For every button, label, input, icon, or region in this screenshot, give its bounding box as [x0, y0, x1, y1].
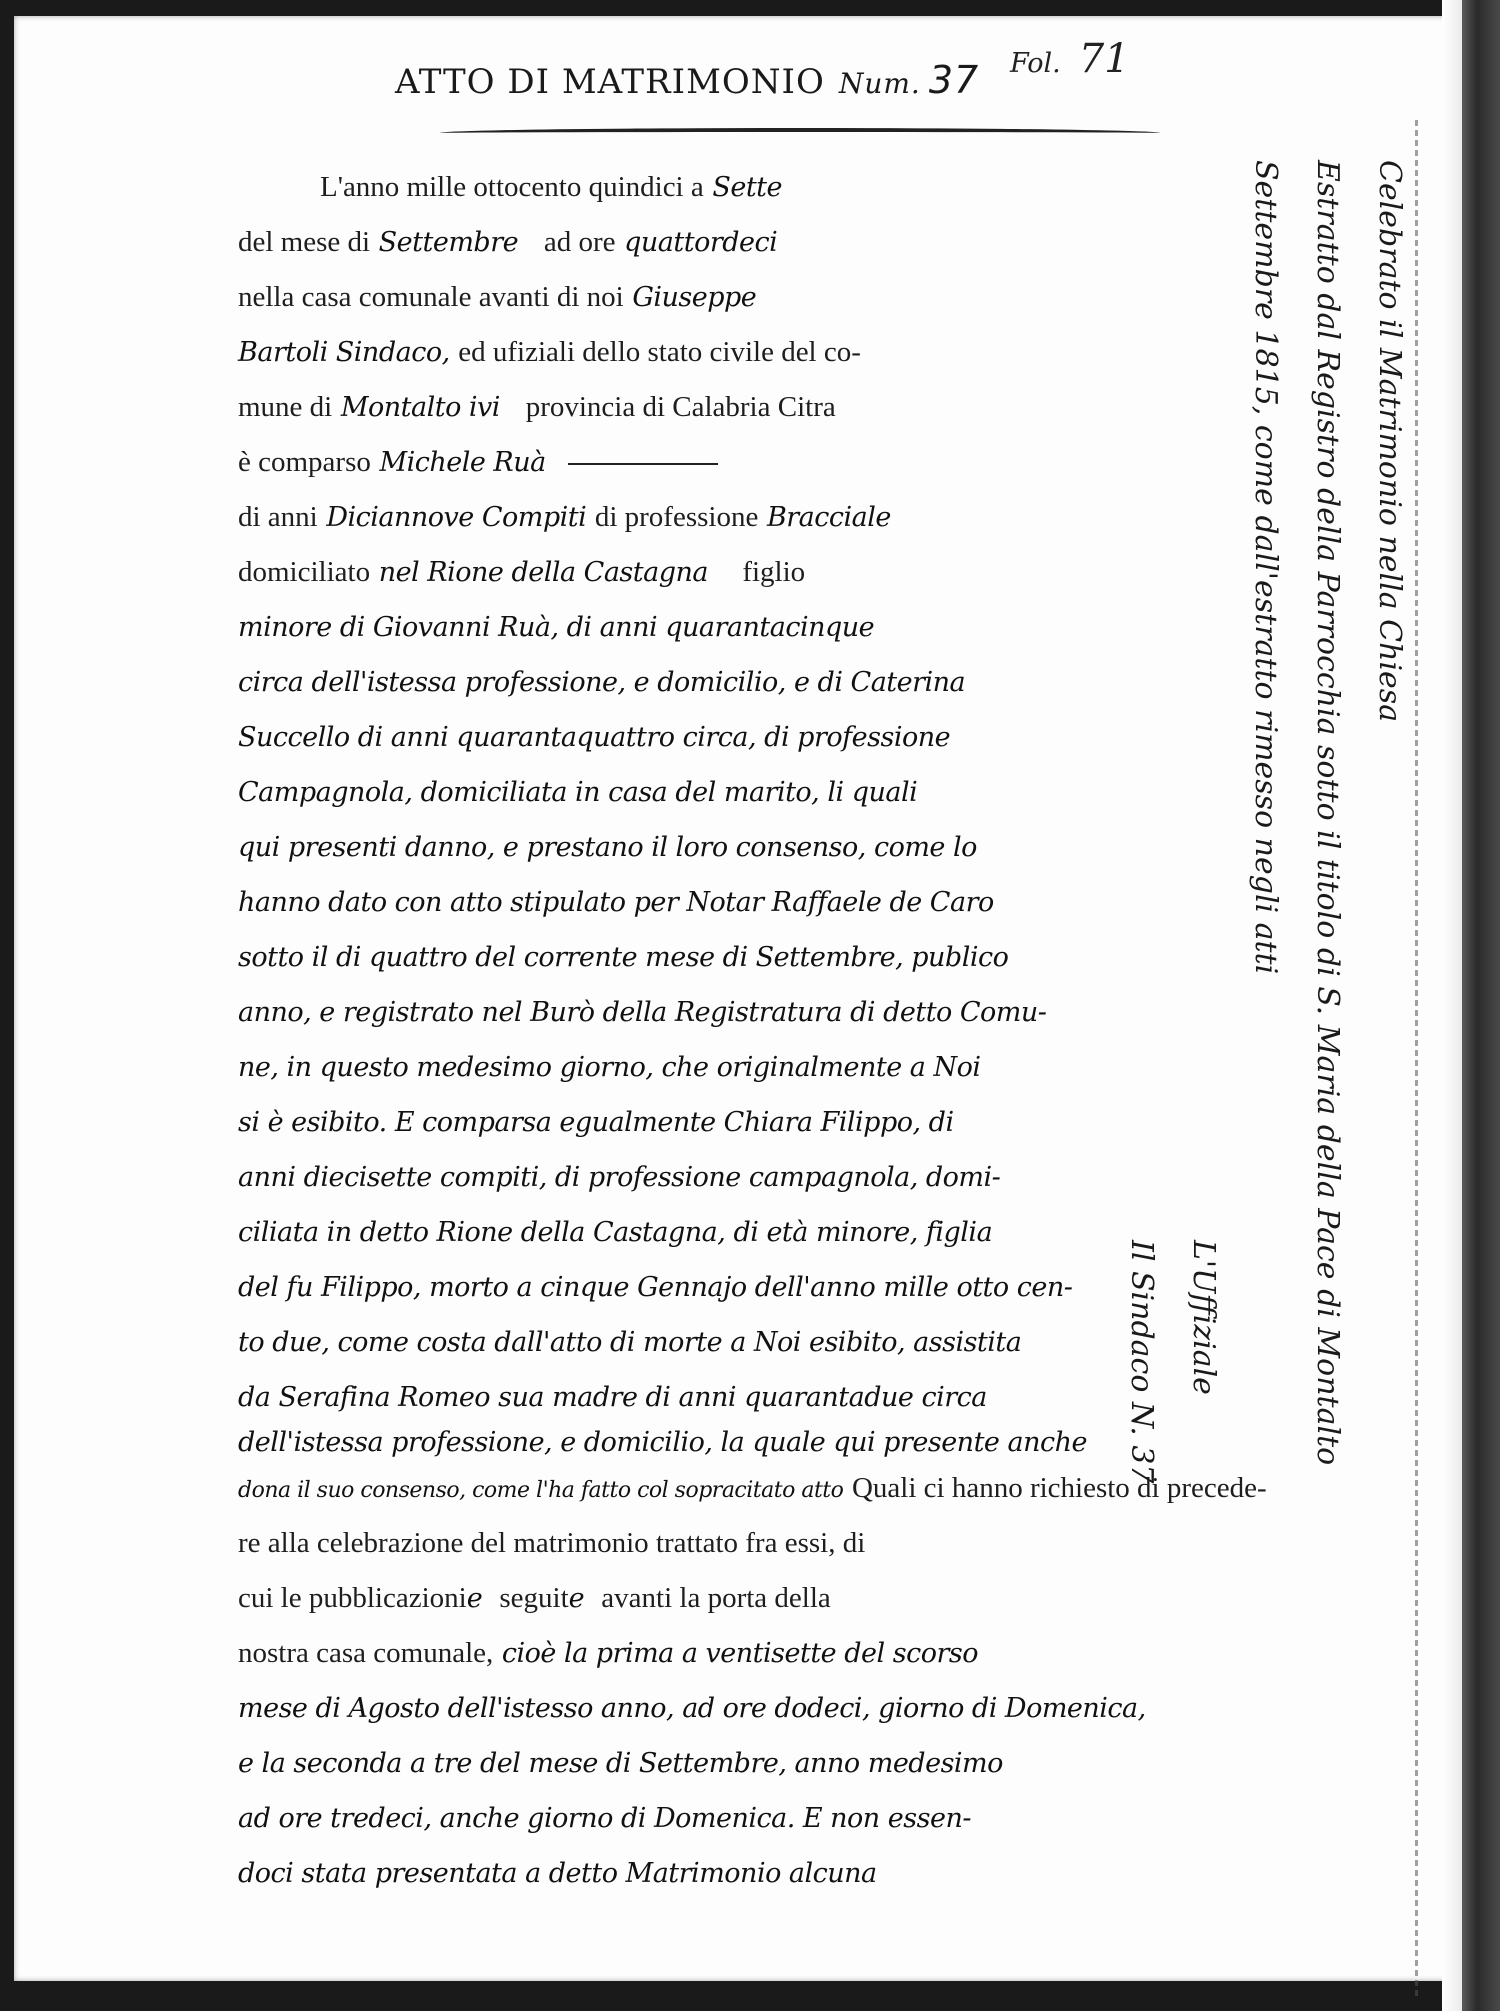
folio-marker: Fol.71: [1010, 36, 1130, 82]
body-line: Campagnola, domiciliata in casa del mari…: [238, 765, 1158, 820]
margin-annotation: Celebrato il Matrimonio nella Chiesa Est…: [1160, 160, 1420, 1900]
body-line: mune di Montalto ivi provincia di Calabr…: [238, 380, 1158, 435]
body-line: Bartoli Sindaco, ed ufiziali dello stato…: [238, 325, 1158, 380]
handwritten-text: da Serafina Romeo sua madre di anni quar…: [238, 1382, 987, 1413]
handwritten-text: doci stata presentata a detto Matrimonio…: [238, 1858, 877, 1889]
printed-text: figlio: [742, 556, 805, 588]
body-line: sotto il di quattro del corrente mese di…: [238, 930, 1158, 985]
record-body: L'anno mille ottocento quindici a Sette …: [238, 160, 1158, 1901]
handwritten-text: mese di Agosto dell'istesso anno, ad ore…: [238, 1693, 1146, 1724]
body-line: anno, e registrato nel Burò della Regist…: [238, 985, 1158, 1040]
handwritten-officer-title: Bartoli Sindaco,: [238, 337, 450, 368]
blank-fill-line: [568, 463, 718, 465]
margin-note-line: Celebrato il Matrimonio nella Chiesa: [1358, 160, 1420, 1900]
handwritten-text: e la seconda a tre del mese di Settembre…: [238, 1748, 1003, 1779]
body-line: cui le pubblicazionie seguite avanti la …: [238, 1571, 1158, 1626]
body-line: nostra casa comunale, cioè la prima a ve…: [238, 1626, 1158, 1681]
body-line: del fu Filippo, morto a cinque Gennajo d…: [238, 1260, 1158, 1315]
body-line: re alla celebrazione del matrimonio trat…: [238, 1516, 1158, 1571]
handwritten-officer-name: Giuseppe: [632, 282, 756, 313]
body-line: è comparso Michele Ruà: [238, 435, 1158, 490]
title-divider: [440, 128, 1160, 138]
printed-text: nostra casa comunale,: [238, 1637, 493, 1669]
folio-number: 71: [1079, 36, 1130, 82]
handwritten-text: ne, in questo medesimo giorno, che origi…: [238, 1052, 981, 1083]
body-line: ad ore tredeci, anche giorno di Domenica…: [238, 1791, 1158, 1846]
body-line: ne, in questo medesimo giorno, che origi…: [238, 1040, 1158, 1095]
handwritten-suffix: e: [467, 1583, 482, 1614]
handwritten-text: Campagnola, domiciliata in casa del mari…: [238, 777, 917, 808]
handwritten-text: circa dell'istessa professione, e domici…: [238, 667, 965, 698]
body-line: minore di Giovanni Ruà, di anni quaranta…: [238, 600, 1158, 655]
number-label: Num.: [839, 67, 921, 100]
body-line: doci stata presentata a detto Matrimonio…: [238, 1846, 1158, 1901]
printed-text: cui le pubblicazioni: [238, 1582, 467, 1614]
printed-text: seguit: [499, 1582, 568, 1614]
body-line: L'anno mille ottocento quindici a Sette: [238, 160, 1158, 215]
handwritten-text: si è esibito. E comparsa egualmente Chia…: [238, 1107, 954, 1138]
handwritten-groom-profession: Bracciale: [767, 502, 891, 533]
scan-border-right: [1462, 0, 1500, 2011]
body-line: hanno dato con atto stipulato per Notar …: [238, 875, 1158, 930]
body-line: dona il suo consenso, come l'ha fatto co…: [238, 1461, 1158, 1516]
handwritten-text: sotto il di quattro del corrente mese di…: [238, 942, 1008, 973]
printed-text: del mese di: [238, 226, 370, 258]
margin-note-signature: Il Sindaco N. 37: [1110, 160, 1172, 1900]
handwritten-text: del fu Filippo, morto a cinque Gennajo d…: [238, 1272, 1072, 1303]
printed-text: di professione: [595, 501, 759, 533]
printed-text: è comparso: [238, 446, 371, 478]
folio-label: Fol.: [1010, 48, 1061, 79]
handwritten-text: dell'istessa professione, e domicilio, l…: [238, 1427, 1087, 1458]
handwritten-text: Succello di anni quarantaquattro circa, …: [238, 722, 950, 753]
document-title: ATTO DI MATRIMONIONum.37: [395, 58, 979, 102]
handwritten-text: minore di Giovanni Ruà, di anni quaranta…: [238, 612, 874, 643]
body-line: e la seconda a tre del mese di Settembre…: [238, 1736, 1158, 1791]
body-line: domiciliato nel Rione della Castagna fig…: [238, 545, 1158, 600]
body-line: circa dell'istessa professione, e domici…: [238, 655, 1158, 710]
printed-text: ed ufiziali dello stato civile del co-: [458, 336, 861, 368]
margin-note-line: Settembre 1815, come dall'estratto rimes…: [1234, 160, 1296, 1900]
body-line: del mese di Settembre ad ore quattordeci: [238, 215, 1158, 270]
printed-text: L'anno mille ottocento quindici a: [320, 171, 704, 203]
handwritten-text: dona il suo consenso, come l'ha fatto co…: [238, 1478, 843, 1503]
body-line: qui presenti danno, e prestano il loro c…: [238, 820, 1158, 875]
body-line: anni diecisette compiti, di professione …: [238, 1150, 1158, 1205]
body-line: ciliata in detto Rione della Castagna, d…: [238, 1205, 1158, 1260]
record-number: 37: [929, 58, 979, 102]
body-line: si è esibito. E comparsa egualmente Chia…: [238, 1095, 1158, 1150]
handwritten-text: anno, e registrato nel Burò della Regist…: [238, 997, 1046, 1028]
handwritten-text: cioè la prima a ventisette del scorso: [502, 1638, 978, 1669]
printed-text: di anni: [238, 501, 318, 533]
body-line: Succello di anni quarantaquattro circa, …: [238, 710, 1158, 765]
printed-text: nella casa comunale avanti di noi: [238, 281, 624, 313]
printed-text: re alla celebrazione del matrimonio trat…: [238, 1527, 865, 1559]
handwritten-text: hanno dato con atto stipulato per Notar …: [238, 887, 994, 918]
printed-text: mune di: [238, 391, 332, 423]
body-line: mese di Agosto dell'istesso anno, ad ore…: [238, 1681, 1158, 1736]
printed-text: domiciliato: [238, 556, 370, 588]
title-text: ATTO DI MATRIMONIO: [395, 62, 825, 102]
handwritten-day: Sette: [712, 172, 782, 203]
handwritten-text: ciliata in detto Rione della Castagna, d…: [238, 1217, 992, 1248]
page-edge: [1442, 0, 1464, 2011]
handwritten-suffix: e: [569, 1583, 584, 1614]
handwritten-text: to due, come costa dall'atto di morte a …: [238, 1327, 1021, 1358]
handwritten-groom-name: Michele Ruà: [379, 447, 545, 478]
handwritten-text: anni diecisette compiti, di professione …: [238, 1162, 1000, 1193]
margin-note-line: Estratto dal Registro della Parrocchia s…: [1296, 160, 1358, 1900]
handwritten-domicile: nel Rione della Castagna: [379, 557, 708, 588]
handwritten-text: qui presenti danno, e prestano il loro c…: [238, 832, 977, 863]
handwritten-text: ad ore tredeci, anche giorno di Domenica…: [238, 1803, 971, 1834]
body-line: nella casa comunale avanti di noi Giusep…: [238, 270, 1158, 325]
handwritten-hour: quattordeci: [624, 227, 777, 258]
body-line: to due, come costa dall'atto di morte a …: [238, 1315, 1158, 1370]
body-line: da Serafina Romeo sua madre di anni quar…: [238, 1370, 1158, 1425]
printed-text: provincia di Calabria Citra: [526, 391, 836, 423]
printed-text: avanti la porta della: [601, 1582, 830, 1614]
margin-note-signature: L'Uffiziale: [1172, 160, 1234, 1900]
handwritten-month: Settembre: [379, 227, 518, 258]
body-line: dell'istessa professione, e domicilio, l…: [238, 1425, 1158, 1461]
printed-text: ad ore: [544, 226, 616, 258]
handwritten-groom-age: Diciannove Compiti: [326, 502, 586, 533]
handwritten-commune: Montalto ivi: [341, 392, 500, 423]
body-line: di anni Diciannove Compiti di profession…: [238, 490, 1158, 545]
